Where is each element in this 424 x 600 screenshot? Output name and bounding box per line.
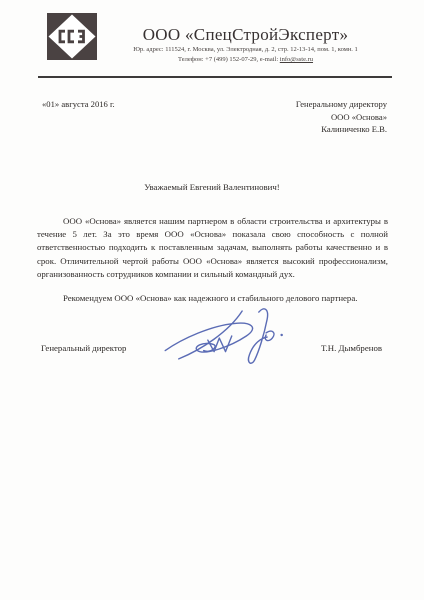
signer-name: Т.Н. Дымбренов (321, 342, 382, 355)
company-email-link[interactable]: info@sste.ru (280, 56, 313, 63)
letter-page: ООО «СпецСтройЭксперт» Юр. адрес: 111524… (0, 0, 424, 600)
letterhead-text: ООО «СпецСтройЭксперт» Юр. адрес: 111524… (97, 13, 394, 64)
handwritten-signature (160, 303, 290, 369)
company-phone: Телефон: +7 (499) 152-07-29, e-mail: (178, 56, 280, 63)
header-divider (38, 76, 392, 78)
letterhead: ООО «СпецСтройЭксперт» Юр. адрес: 111524… (0, 0, 424, 64)
signature-row: Генеральный директор Т.Н. Дымбренов (41, 342, 382, 355)
company-name: ООО «СпецСтройЭксперт» (97, 26, 394, 44)
signer-title: Генеральный директор (41, 342, 126, 355)
company-contacts: Телефон: +7 (499) 152-07-29, e-mail: inf… (97, 56, 394, 64)
recipient-block: Генеральному директору ООО «Основа» Кали… (296, 98, 387, 136)
meta-row: «01» августа 2016 г. Генеральному директ… (42, 98, 387, 136)
letter-date: «01» августа 2016 г. (42, 98, 115, 111)
salutation: Уважаемый Евгений Валентинович! (0, 181, 424, 194)
body-paragraph: ООО «Основа» является нашим партнером в … (37, 215, 388, 281)
company-address: Юр. адрес: 111524, г. Москва, ул. Электр… (97, 46, 394, 54)
company-logo-icon (47, 13, 97, 60)
recipient-company: ООО «Основа» (296, 111, 387, 124)
recipient-position: Генеральному директору (296, 98, 387, 111)
recipient-person: Калиниченко Е.В. (296, 123, 387, 136)
recommendation-paragraph: Рекомендуем ООО «Основа» как надежного и… (37, 292, 388, 305)
